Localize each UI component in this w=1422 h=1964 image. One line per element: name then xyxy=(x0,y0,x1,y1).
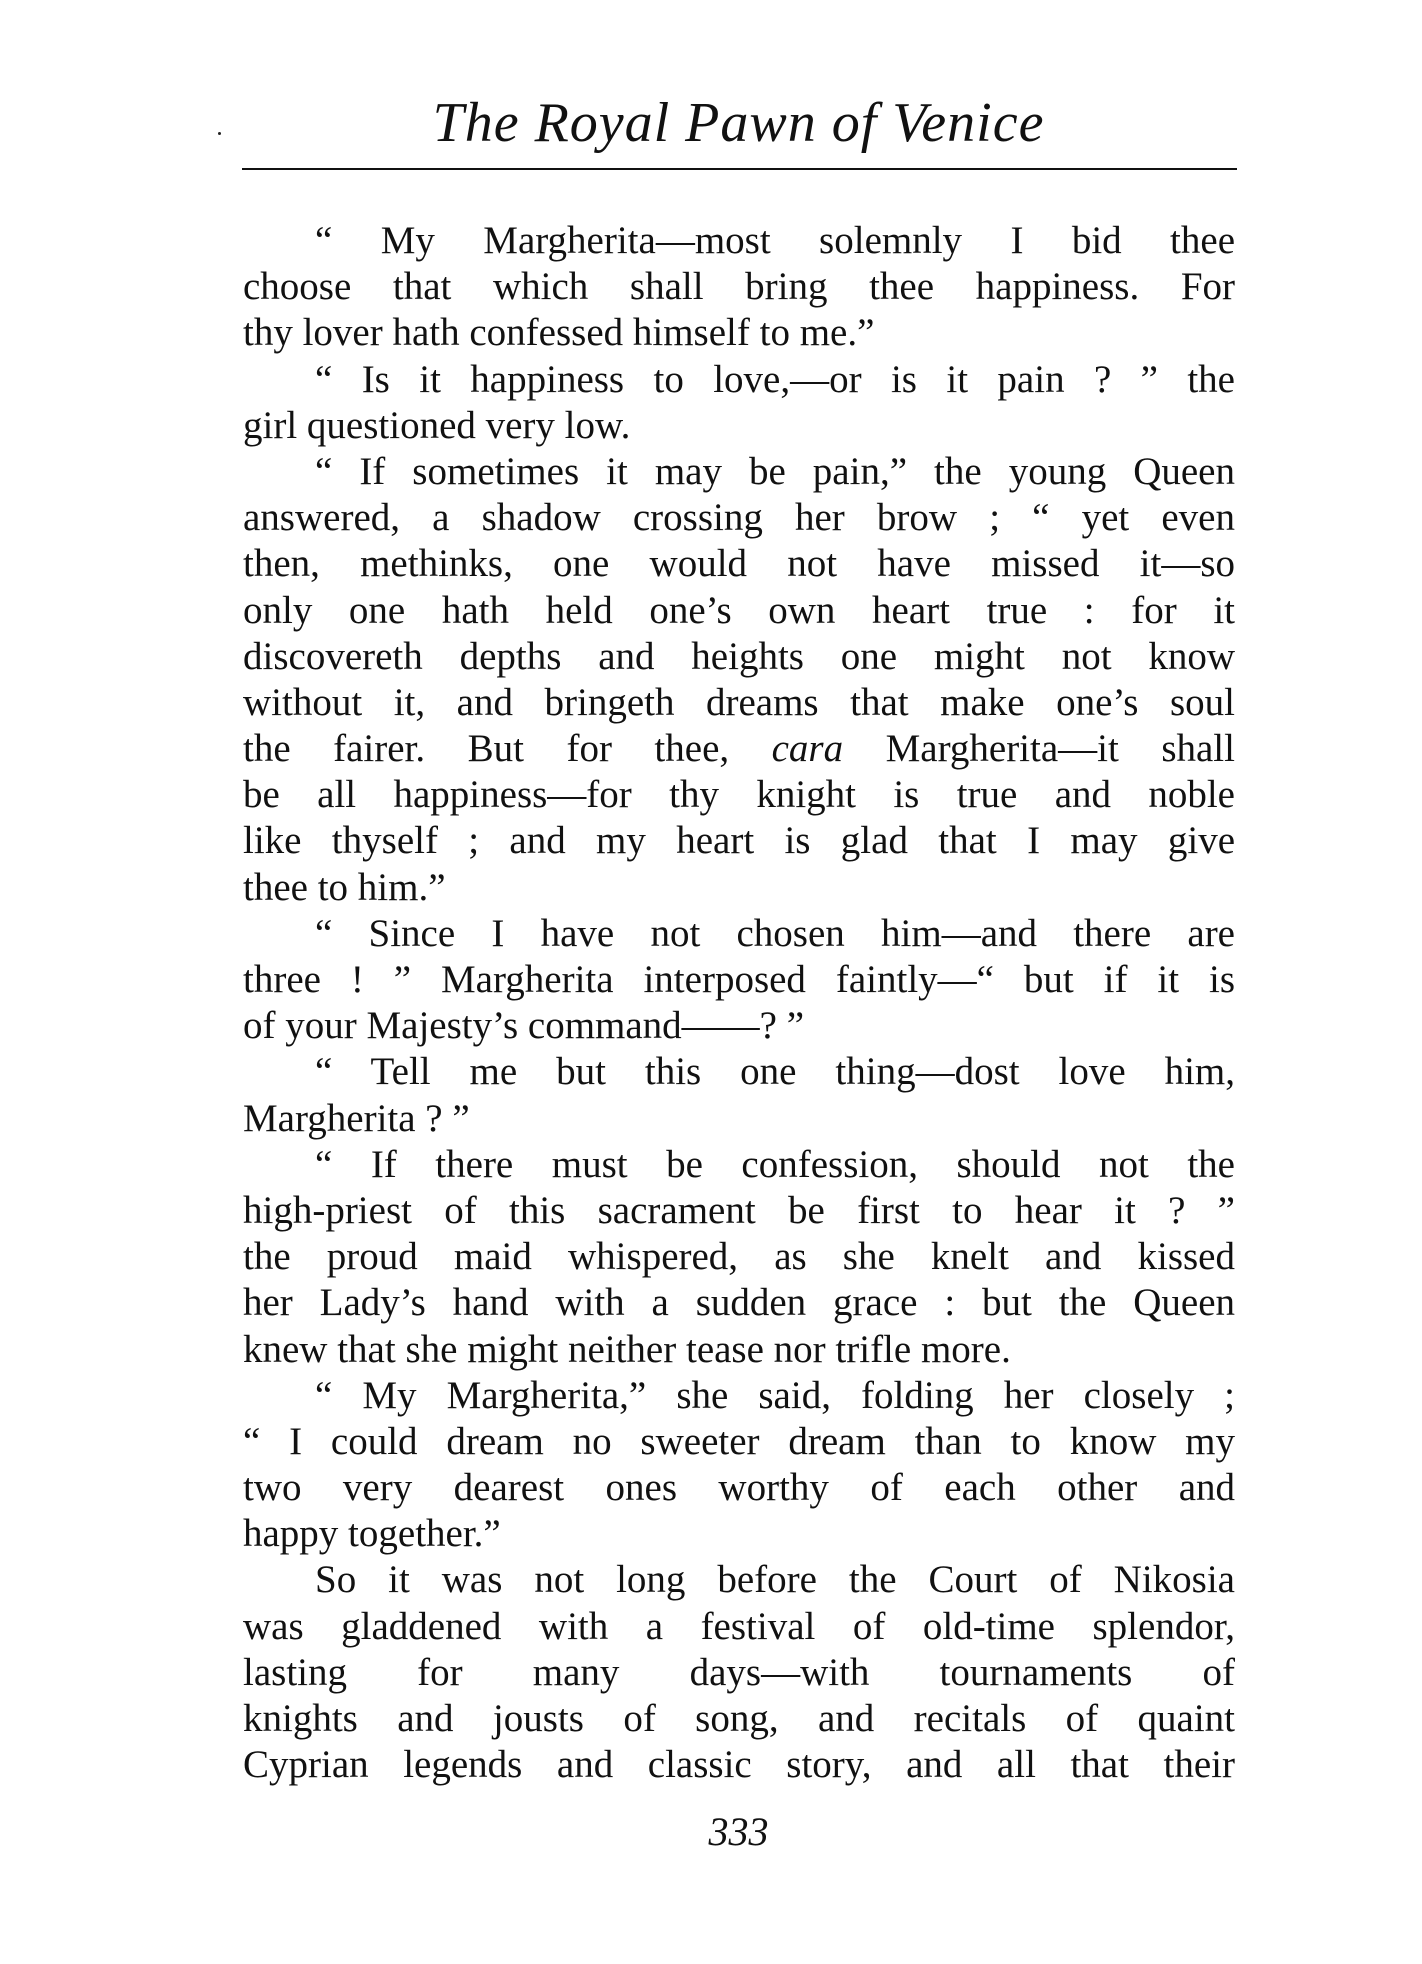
text-line: “ I could dream no sweeter dream than to… xyxy=(243,1419,1235,1465)
text-line: high-priest of this sacrament be first t… xyxy=(243,1188,1235,1234)
text-line: thee to him.” xyxy=(243,865,1235,911)
text-line: “ If sometimes it may be pain,” the youn… xyxy=(243,449,1235,495)
text-line: answered, a shadow crossing her brow ; “… xyxy=(243,495,1235,541)
text-line: choose that which shall bring thee happi… xyxy=(243,264,1235,310)
text-line: the fairer. But for thee, cara Margherit… xyxy=(243,726,1235,772)
text-line: be all happiness—for thy knight is true … xyxy=(243,772,1235,818)
text-line: of your Majesty’s command——? ” xyxy=(243,1003,1235,1049)
book-page: The Royal Pawn of Venice “ My Margherita… xyxy=(0,0,1422,1964)
text-line: the proud maid whispered, as she knelt a… xyxy=(243,1234,1235,1280)
text-line: “ Is it happiness to love,—or is it pain… xyxy=(243,357,1235,403)
text-line: thy lover hath confessed himself to me.” xyxy=(243,310,1235,356)
text-line: “ Tell me but this one thing—dost love h… xyxy=(243,1049,1235,1095)
page-number: 333 xyxy=(242,1808,1235,1855)
text-line: So it was not long before the Court of N… xyxy=(243,1557,1235,1603)
stray-mark xyxy=(218,132,221,135)
text-line: “ My Margherita—most solemnly I bid thee xyxy=(243,218,1235,264)
text-line: three ! ” Margherita interposed faintly—… xyxy=(243,957,1235,1003)
text-line: Cyprian legends and classic story, and a… xyxy=(243,1742,1235,1788)
text-line: her Lady’s hand with a sudden grace : bu… xyxy=(243,1280,1235,1326)
text-line: Margherita ? ” xyxy=(243,1096,1235,1142)
text-line: like thyself ; and my heart is glad that… xyxy=(243,818,1235,864)
text-line: “ If there must be confession, should no… xyxy=(243,1142,1235,1188)
text-line: knew that she might neither tease nor tr… xyxy=(243,1327,1235,1373)
text-line: without it, and bringeth dreams that mak… xyxy=(243,680,1235,726)
text-line: two very dearest ones worthy of each oth… xyxy=(243,1465,1235,1511)
header-rule xyxy=(242,168,1237,170)
text-line: knights and jousts of song, and recitals… xyxy=(243,1696,1235,1742)
text-line: discovereth depths and heights one might… xyxy=(243,634,1235,680)
italic-word: cara xyxy=(772,727,844,770)
text-line: “ Since I have not chosen him—and there … xyxy=(243,911,1235,957)
text-line: girl questioned very low. xyxy=(243,403,1235,449)
text-line: happy together.” xyxy=(243,1511,1235,1557)
text-line: only one hath held one’s own heart true … xyxy=(243,588,1235,634)
text-line: lasting for many days—with tournaments o… xyxy=(243,1650,1235,1696)
body-text: “ My Margherita—most solemnly I bid thee… xyxy=(243,218,1235,1788)
text-line: “ My Margherita,” she said, folding her … xyxy=(243,1373,1235,1419)
running-title: The Royal Pawn of Venice xyxy=(242,88,1235,158)
text-line: then, methinks, one would not have misse… xyxy=(243,541,1235,587)
text-line: was gladdened with a festival of old-tim… xyxy=(243,1604,1235,1650)
